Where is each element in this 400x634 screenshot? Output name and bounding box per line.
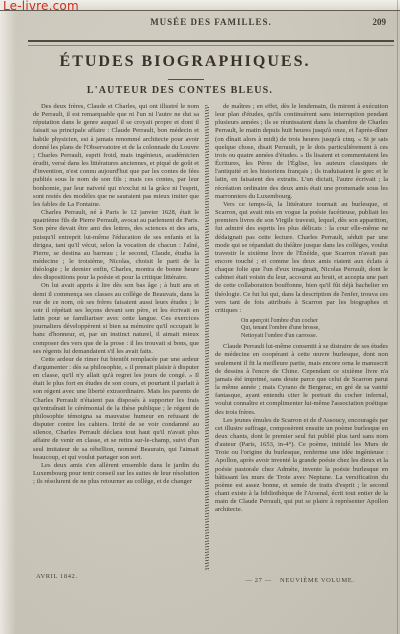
- text-columns: Des deux frères, Claude et Charles, qui …: [33, 103, 388, 573]
- journal-title: MUSÉE DES FAMILLES.: [30, 17, 392, 27]
- scanned-page: Le-livre.com MUSÉE DES FAMILLES. 209 ÉTU…: [0, 0, 400, 634]
- article-subtitle: L'AUTEUR DES CONTES BLEUS.: [0, 85, 360, 96]
- page-header: MUSÉE DES FAMILLES. 209: [30, 17, 392, 31]
- verse-line: Nettoyait l'ombre d'un carrosse.: [241, 333, 388, 340]
- verse-line: Qui, tenant l'ombre d'une brosse,: [241, 325, 388, 332]
- paragraph: Les deux amis s'en allèrent ensemble dan…: [33, 462, 199, 486]
- paragraph: Cette ardeur de rimer fut bientôt rempla…: [33, 356, 199, 462]
- scan-edge-right: [397, 0, 398, 634]
- volume-label: NEUVIÈME VOLUME.: [280, 577, 354, 584]
- title-divider-rule: [168, 79, 204, 80]
- signature-mark: — 27 —: [245, 577, 271, 584]
- verse-line: On aperçoit l'ombre d'un cocher: [241, 318, 388, 325]
- bookseller-watermark: Le-livre.com: [3, 0, 79, 13]
- paragraph: Les jeunes émules de Scarron et de d'Ass…: [215, 417, 388, 515]
- paragraph: Des deux frères, Claude et Charles, qui …: [33, 103, 199, 209]
- article-title: ÉTUDES BIOGRAPHIQUES.: [0, 53, 370, 71]
- header-rule: [28, 40, 394, 46]
- page-number: 209: [373, 17, 387, 27]
- paragraph: Claude Perrault lui-même consentit à se …: [215, 343, 388, 416]
- column-divider-ornament: [205, 105, 209, 571]
- verse-quotation: On aperçoit l'ombre d'un cocher Qui, ten…: [241, 318, 388, 340]
- paragraph: On lui avait appris à lire dès son bas â…: [33, 282, 199, 355]
- paragraph: de maîtres ; en effet, dès le lendemain,…: [215, 103, 388, 201]
- paragraph: Vers ce temps-là, la littérature tournai…: [215, 201, 388, 315]
- paragraph: Charles Perrault, né à Paris le 12 janvi…: [33, 209, 199, 282]
- issue-date: AVRIL 1842.: [36, 573, 78, 580]
- left-column: Des deux frères, Claude et Charles, qui …: [33, 103, 199, 573]
- right-column: de maîtres ; en effet, dès le lendemain,…: [215, 103, 388, 573]
- signature-footer: — 27 — NEUVIÈME VOLUME.: [214, 577, 386, 584]
